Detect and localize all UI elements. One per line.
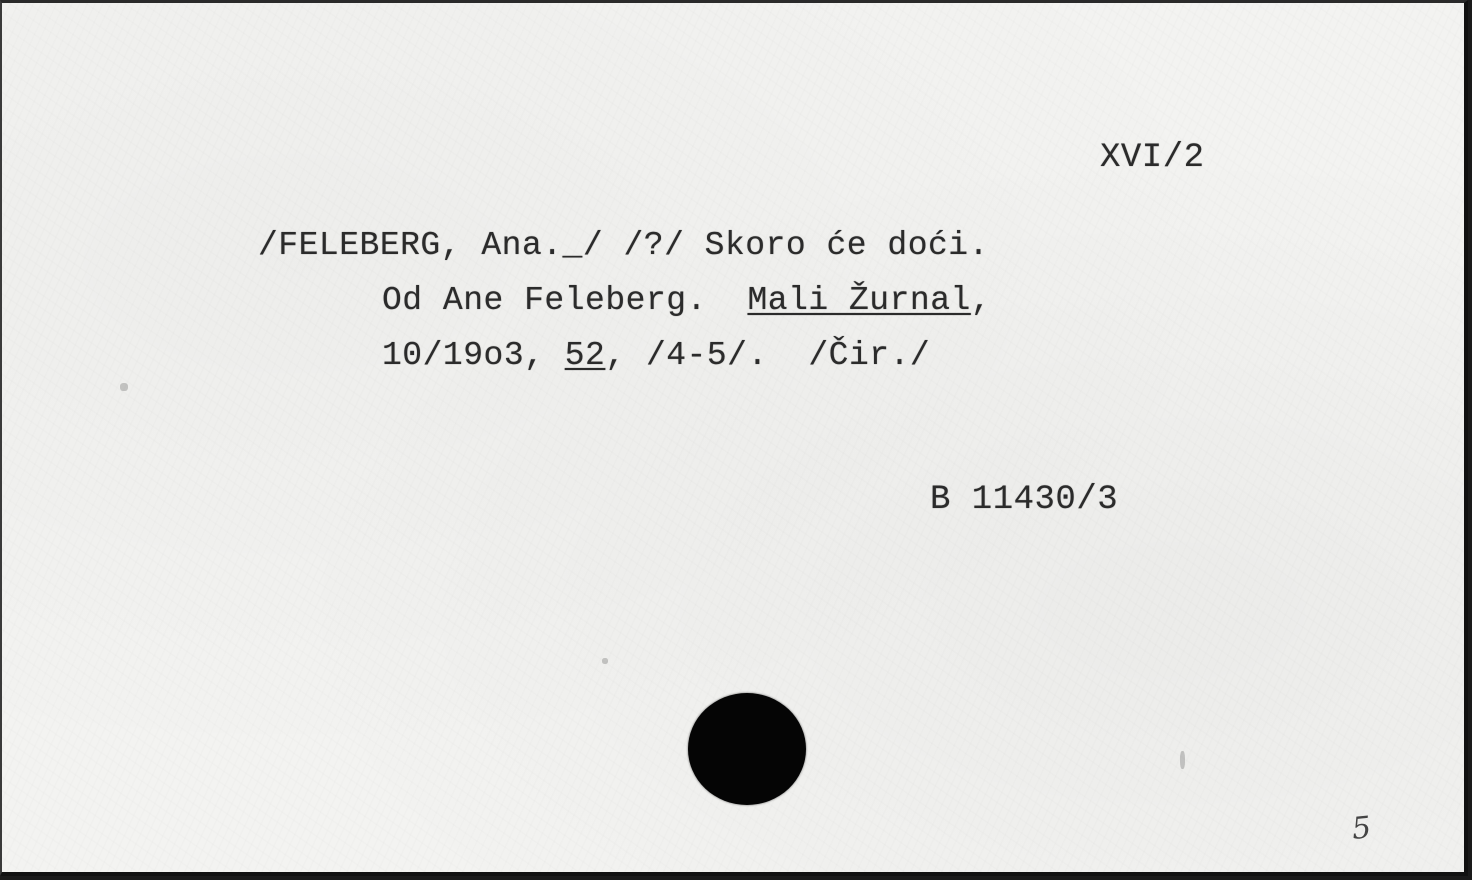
call-number: XVI/2	[1100, 141, 1205, 175]
punch-hole-icon	[688, 693, 806, 805]
paper-speck	[602, 658, 608, 664]
paper-speck	[1180, 751, 1185, 769]
entry-title-line: /FELEBERG, Ana._/ /?/ Skoro će doći.	[258, 229, 989, 262]
paper-speck	[120, 383, 128, 391]
citation-pages-script: , /4-5/. /Čir./	[605, 337, 930, 374]
handwritten-mark: 5	[1350, 810, 1373, 847]
issue-date: 10/19o3,	[382, 337, 565, 374]
entry-source-line: Od Ane Feleberg. Mali Žurnal,	[382, 284, 991, 317]
entry-citation-line: 10/19o3, 52, /4-5/. /Čir./	[382, 339, 930, 372]
journal-title: Mali Žurnal	[747, 282, 970, 319]
issue-number: 52	[565, 337, 606, 374]
entry-source-punct: ,	[971, 282, 991, 319]
catalog-card: XVI/2 /FELEBERG, Ana._/ /?/ Skoro će doć…	[0, 0, 1468, 876]
accession-number: B 11430/3	[930, 483, 1118, 517]
entry-source-author: Od Ane Feleberg.	[382, 282, 747, 319]
